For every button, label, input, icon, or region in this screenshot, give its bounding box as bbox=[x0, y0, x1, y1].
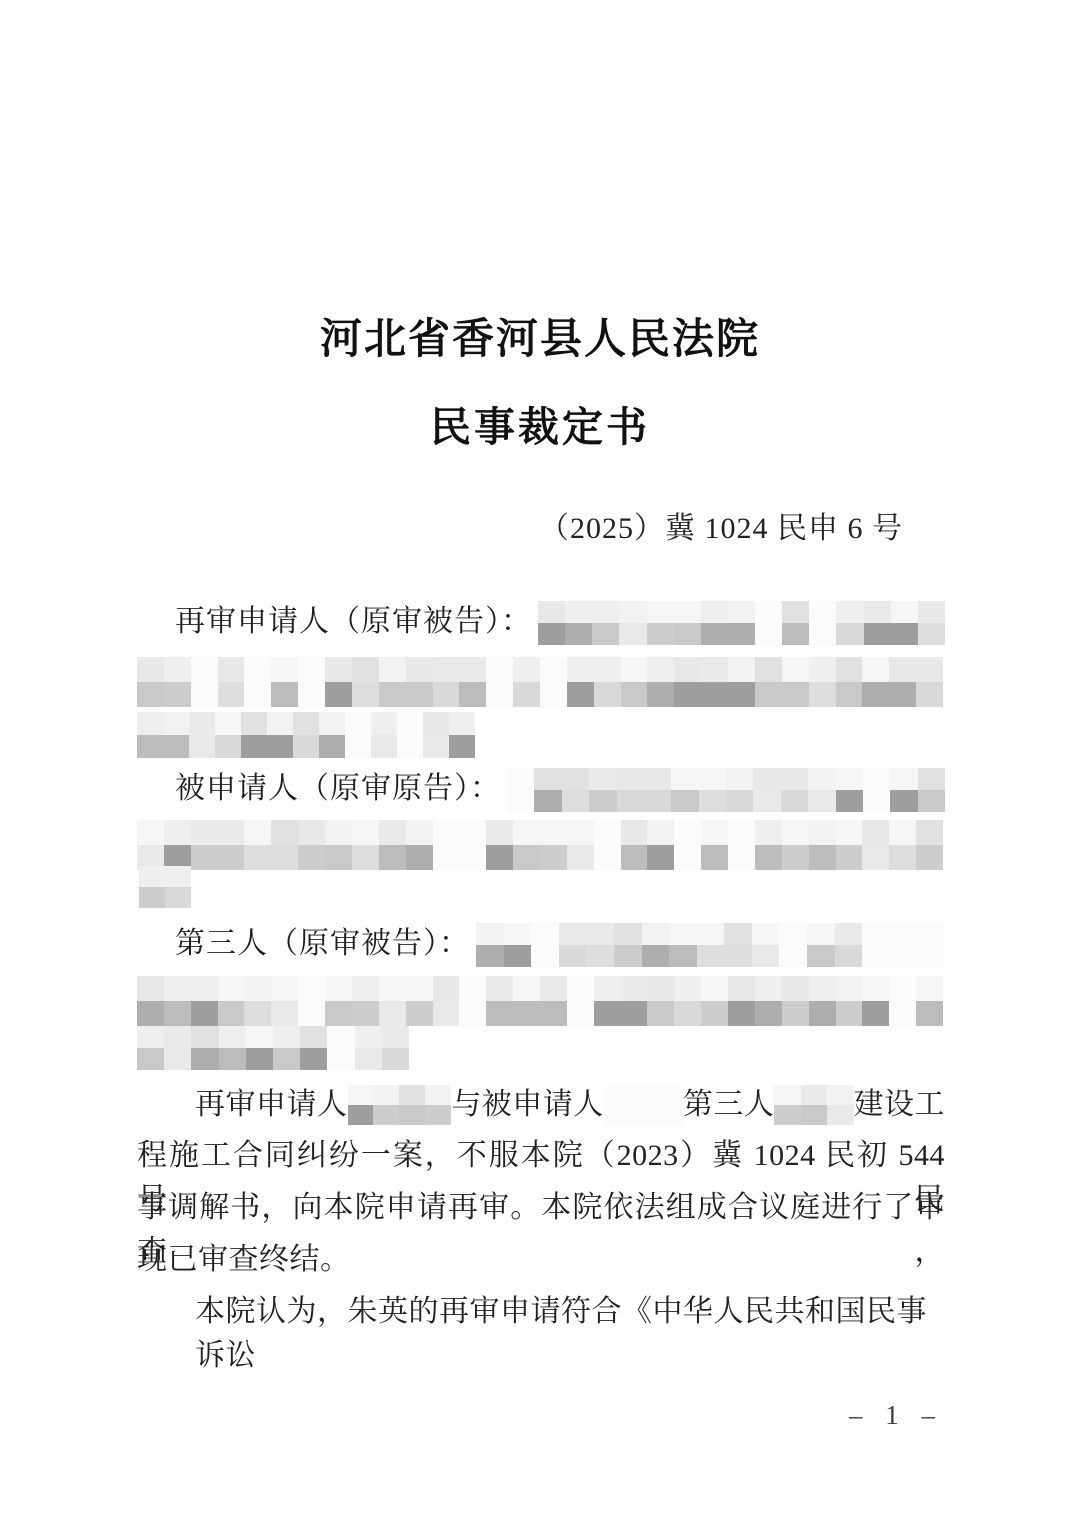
applicant-label: 再审申请人（原审被告）： bbox=[175, 598, 532, 646]
party-line-third-party: 第三人（原审被告）： bbox=[140, 920, 945, 970]
redacted-inline-name bbox=[348, 1085, 452, 1125]
body-paragraph1-line4: 现已审查终结。 bbox=[137, 1238, 945, 1282]
redacted-third-party-name bbox=[476, 923, 945, 967]
case-number: （2025）冀 1024 民申 6 号 bbox=[539, 503, 903, 547]
court-name: 河北省香河县人民法院 bbox=[0, 306, 1080, 366]
respondent-label: 被申请人（原审原告）： bbox=[175, 765, 501, 813]
redacted-third-party-info-line bbox=[137, 976, 943, 1026]
redacted-applicant-info-line bbox=[137, 657, 943, 707]
body-text-segment: 建设工 bbox=[854, 1083, 946, 1127]
redacted-inline-name bbox=[774, 1085, 853, 1125]
document-type-title: 民事裁定书 bbox=[0, 394, 1080, 453]
page-number: – 1 – bbox=[849, 1400, 943, 1431]
body-text-segment: 再审申请人 bbox=[195, 1083, 348, 1127]
party-line-applicant: 再审申请人（原审被告）： bbox=[140, 598, 945, 648]
redacted-respondent-name bbox=[507, 768, 945, 812]
redacted-respondent-info-fragment bbox=[139, 866, 191, 908]
body-text-segment: 第三人 bbox=[683, 1083, 775, 1127]
body-text-segment: 与被申请人 bbox=[451, 1083, 604, 1127]
redacted-applicant-name bbox=[538, 601, 945, 645]
redacted-inline-name bbox=[604, 1085, 683, 1125]
redacted-third-party-info-line bbox=[137, 1026, 409, 1070]
redacted-respondent-info-line bbox=[137, 820, 943, 870]
body-paragraph1-line1: 再审申请人 与被申请人 第三人 建设工 bbox=[137, 1082, 945, 1128]
body-paragraph2-line1: 本院认为，朱英的再审申请符合《中华人民共和国民事诉讼 bbox=[137, 1290, 945, 1378]
third-party-label: 第三人（原审被告）： bbox=[175, 920, 470, 968]
redacted-applicant-info-line bbox=[137, 712, 475, 758]
party-line-respondent: 被申请人（原审原告）： bbox=[140, 765, 945, 815]
document-page: 河北省香河县人民法院 民事裁定书 （2025）冀 1024 民申 6 号 再审申… bbox=[0, 0, 1080, 1527]
